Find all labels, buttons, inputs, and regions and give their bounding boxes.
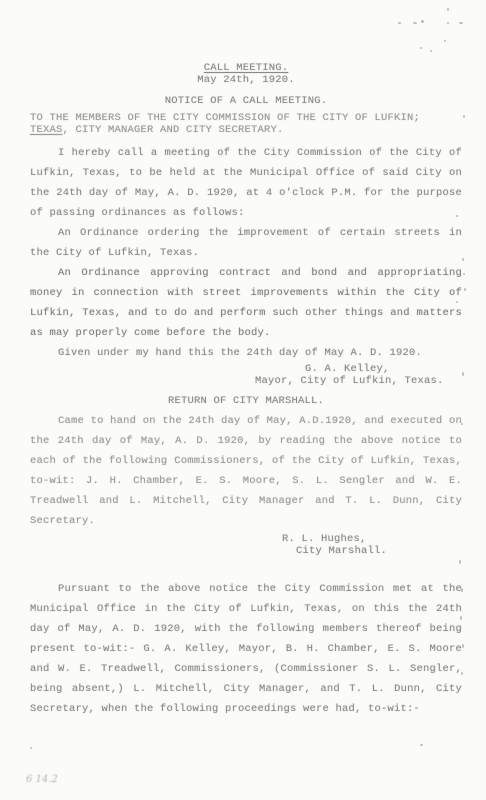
- scan-speck: [30, 747, 32, 749]
- marshall-signature-name: R. L. Hughes,: [282, 533, 462, 545]
- ordinance-1-paragraph: An Ordinance ordering the improvement of…: [30, 223, 462, 263]
- scan-speck: [463, 273, 465, 275]
- handwritten-page-mark: 6 14.2: [26, 774, 58, 785]
- marshall-signature-title: City Marshall.: [282, 545, 462, 557]
- attestation-line: Given under my hand this the 24th day of…: [30, 343, 462, 363]
- marshall-signature-block: R. L. Hughes, City Marshall.: [282, 533, 462, 557]
- scan-speck: [430, 50, 432, 52]
- scan-speck: [464, 288, 466, 291]
- scan-speck: [463, 115, 465, 118]
- document-date: May 24th, 1920.: [30, 74, 462, 86]
- scan-speck: [413, 22, 417, 24]
- scan-speck: [456, 215, 458, 217]
- scan-speck: [456, 301, 458, 303]
- scan-speck: [459, 22, 463, 24]
- scan-speck: [461, 423, 463, 425]
- scan-speck: [459, 560, 461, 564]
- salutation-part3: , CITY MANAGER AND CITY SECRETARY.: [63, 124, 284, 136]
- scan-speck: [420, 744, 423, 746]
- scan-speck: [461, 672, 463, 675]
- call-paragraph: I hereby call a meeting of the City Comm…: [30, 143, 462, 223]
- document-header: CALL MEETING. May 24th, 1920.: [30, 62, 462, 86]
- pursuant-paragraph: Pursuant to the above notice the City Co…: [30, 579, 462, 719]
- scan-speck: [447, 22, 449, 24]
- scan-speck: [461, 588, 463, 592]
- scan-speck: [398, 22, 401, 24]
- return-paragraph: Came to hand on the 24th day of May, A.D…: [30, 411, 462, 531]
- ordinance-2-paragraph: An Ordinance approving contract and bond…: [30, 263, 462, 343]
- return-section-heading: RETURN OF CITY MARSHALL.: [30, 395, 462, 407]
- mayor-signature-title: Mayor, City of Lufkin, Texas.: [255, 375, 462, 387]
- salutation-state: TEXAS: [30, 124, 63, 136]
- scan-speck: [462, 258, 464, 261]
- salutation-part1: TO THE MEMBERS OF THE CITY COMMISSION OF…: [30, 112, 420, 124]
- scan-speck: [420, 47, 422, 49]
- salutation-line: TO THE MEMBERS OF THE CITY COMMISSION OF…: [30, 112, 462, 136]
- mayor-signature-block: G. A. Kelley, Mayor, City of Lufkin, Tex…: [255, 363, 462, 387]
- scan-speck: [421, 20, 424, 23]
- scan-speck: [462, 372, 464, 376]
- scanned-document-page: CALL MEETING. May 24th, 1920. NOTICE OF …: [0, 0, 486, 800]
- document-title-line: CALL MEETING.: [30, 62, 462, 74]
- document-body: CALL MEETING. May 24th, 1920. NOTICE OF …: [30, 62, 462, 719]
- scan-speck: [444, 40, 446, 42]
- scan-speck: [447, 8, 449, 11]
- notice-heading: NOTICE OF A CALL MEETING.: [30, 95, 462, 107]
- scan-speck: [460, 616, 462, 620]
- mayor-signature-name: G. A. Kelley,: [255, 363, 462, 375]
- scan-speck: [462, 644, 464, 648]
- document-title: CALL MEETING.: [204, 62, 289, 74]
